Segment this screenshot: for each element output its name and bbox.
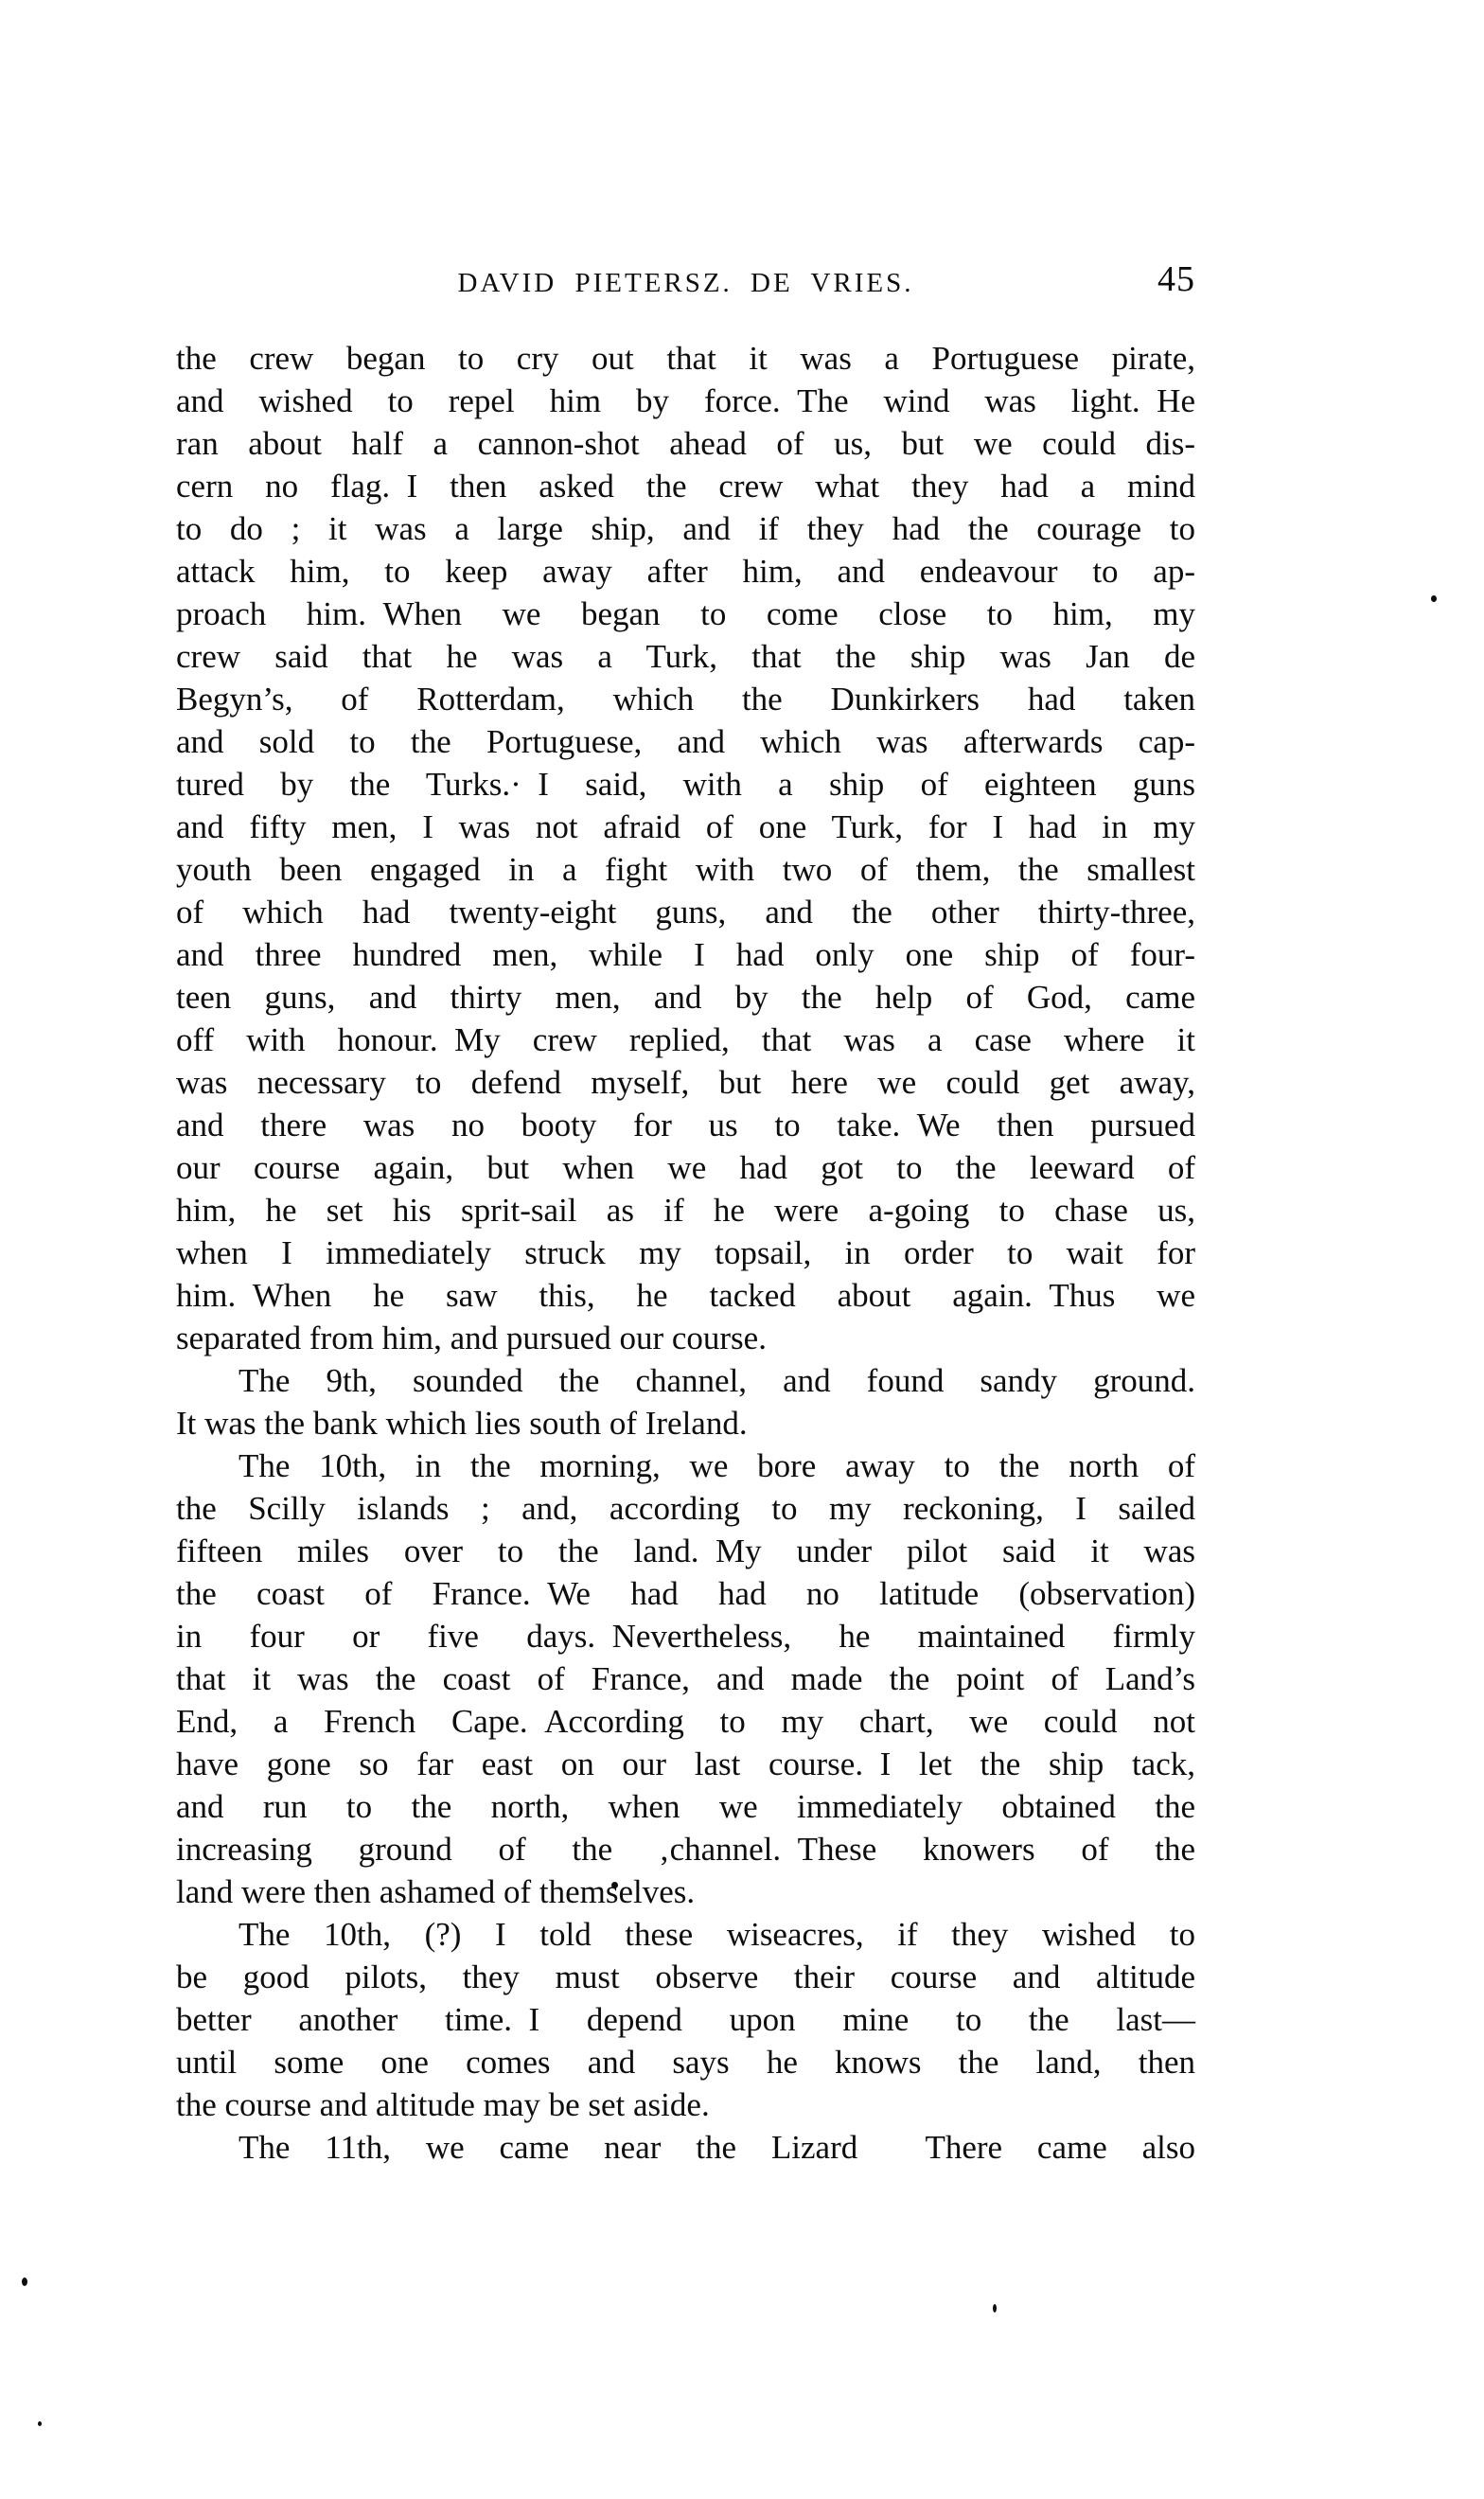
- text-line: proach him. When we began to come close …: [176, 593, 1195, 635]
- ink-speck: [1431, 595, 1437, 602]
- text-line: and run to the north, when we immediatel…: [176, 1785, 1195, 1828]
- text-line: The 10th, in the morning, we bore away t…: [176, 1444, 1195, 1487]
- running-head: DAVID PIETERSZ. DE VRIES. 45: [176, 266, 1195, 300]
- text-line: and wished to repel him by force. The wi…: [176, 380, 1195, 422]
- text-line: of which had twenty-eight guns, and the …: [176, 891, 1195, 933]
- ink-speck: [38, 2421, 42, 2426]
- text-line: off with honour. My crew replied, that w…: [176, 1019, 1195, 1061]
- ink-speck: [993, 2304, 997, 2313]
- text-line: be good pilots, they must observe their …: [176, 1956, 1195, 1998]
- text-line: ran about half a cannon-shot ahead of us…: [176, 422, 1195, 465]
- text-line: tured by the Turks.· I said, with a ship…: [176, 763, 1195, 806]
- text-line: increasing ground of the ‚channel. These…: [176, 1828, 1195, 1870]
- text-line: and fifty men, I was not afraid of one T…: [176, 806, 1195, 848]
- text-line: attack him, to keep away after him, and …: [176, 550, 1195, 593]
- text-line: until some one comes and says he knows t…: [176, 2041, 1195, 2083]
- text-line: the coast of France. We had had no latit…: [176, 1572, 1195, 1615]
- text-line: to do ; it was a large ship, and if they…: [176, 507, 1195, 550]
- text-line: It was the bank which lies south of Irel…: [176, 1402, 1195, 1444]
- book-page-scan: DAVID PIETERSZ. DE VRIES. 45 the crew be…: [0, 0, 1484, 2499]
- text-line: the course and altitude may be set aside…: [176, 2083, 1195, 2126]
- text-line: better another time. I depend upon mine …: [176, 1998, 1195, 2041]
- text-line: End, a French Cape. According to my char…: [176, 1700, 1195, 1743]
- body-text: the crew began to cry out that it was a …: [176, 337, 1195, 2169]
- text-line: our course again, but when we had got to…: [176, 1146, 1195, 1189]
- text-line: him. When he saw this, he tacked about a…: [176, 1274, 1195, 1317]
- page-number: 45: [1157, 258, 1195, 300]
- text-line: and three hundred men, while I had only …: [176, 933, 1195, 976]
- text-line: when I immediately struck my topsail, in…: [176, 1232, 1195, 1274]
- text-line: the Scilly islands ; and, according to m…: [176, 1487, 1195, 1530]
- text-line: have gone so far east on our last course…: [176, 1743, 1195, 1785]
- text-line: him, he set his sprit-sail as if he were…: [176, 1189, 1195, 1232]
- text-line: and there was no booty for us to take. W…: [176, 1104, 1195, 1146]
- text-line: fifteen miles over to the land. My under…: [176, 1530, 1195, 1572]
- text-line: cern no flag. I then asked the crew what…: [176, 465, 1195, 507]
- text-line: The 9th, sounded the channel, and found …: [176, 1359, 1195, 1402]
- text-line: the crew began to cry out that it was a …: [176, 337, 1195, 380]
- running-head-title: DAVID PIETERSZ. DE VRIES.: [458, 268, 914, 298]
- ink-speck: [22, 2277, 27, 2286]
- text-line: The 11th, we came near the Lizard There …: [176, 2126, 1195, 2169]
- text-line: was necessary to defend myself, but here…: [176, 1061, 1195, 1104]
- text-line: youth been engaged in a fight with two o…: [176, 848, 1195, 891]
- text-line: in four or five days. Nevertheless, he m…: [176, 1615, 1195, 1657]
- text-line: teen guns, and thirty men, and by the he…: [176, 976, 1195, 1019]
- text-line: land were then ashamed of themselves.: [176, 1870, 1195, 1913]
- text-line: crew said that he was a Turk, that the s…: [176, 635, 1195, 678]
- text-line: and sold to the Portuguese, and which wa…: [176, 720, 1195, 763]
- text-line: that it was the coast of France, and mad…: [176, 1657, 1195, 1700]
- ink-speck: [611, 1882, 618, 1888]
- text-line: Begyn’s, of Rotterdam, which the Dunkirk…: [176, 678, 1195, 720]
- text-line: The 10th, (?) I told these wiseacres, if…: [176, 1913, 1195, 1956]
- text-line: separated from him, and pursued our cour…: [176, 1317, 1195, 1359]
